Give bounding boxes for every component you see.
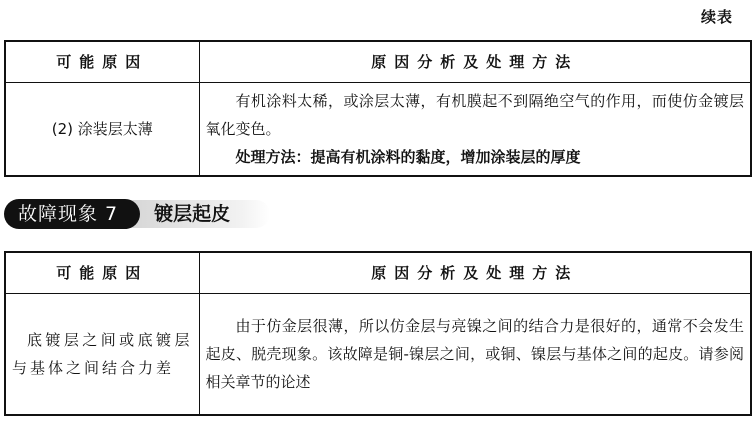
cause-cell: 底镀层之间或底镀层与基体之间结合力差: [5, 294, 199, 416]
fault-table-1: 可能原因 原因分析及处理方法 (2) 涂装层太薄 有机涂料太稀，或涂层太薄，有机…: [4, 40, 752, 177]
analysis-text: 由于仿金层很薄，所以仿金层与亮镍之间的结合力是很好的，通常不会发生起皮、脱壳现象…: [206, 312, 745, 396]
section-heading: 故障现象 7 镀层起皮: [4, 198, 270, 230]
treatment-label: 处理方法：: [236, 148, 311, 166]
fault-number-badge: 故障现象 7: [4, 199, 140, 229]
header-analysis-method: 原因分析及处理方法: [199, 41, 751, 83]
table-row: 底镀层之间或底镀层与基体之间结合力差 由于仿金层很薄，所以仿金层与亮镍之间的结合…: [5, 294, 751, 416]
analysis-text: 有机涂料太稀，或涂层太薄，有机膜起不到隔绝空气的作用，而使仿金镀层氧化变色。: [206, 87, 745, 143]
cause-cell: (2) 涂装层太薄: [5, 83, 199, 177]
header-analysis-method: 原因分析及处理方法: [199, 252, 751, 294]
table-header-row: 可能原因 原因分析及处理方法: [5, 252, 751, 294]
continued-table-label: 续表: [701, 6, 733, 27]
analysis-cell: 由于仿金层很薄，所以仿金层与亮镍之间的结合力是很好的，通常不会发生起皮、脱壳现象…: [199, 294, 751, 416]
table-row: (2) 涂装层太薄 有机涂料太稀，或涂层太薄，有机膜起不到隔绝空气的作用，而使仿…: [5, 83, 751, 177]
table-header-row: 可能原因 原因分析及处理方法: [5, 41, 751, 83]
treatment-paragraph: 处理方法：提高有机涂料的黏度，增加涂装层的厚度: [206, 143, 745, 171]
header-possible-cause: 可能原因: [5, 41, 199, 83]
analysis-cell: 有机涂料太稀，或涂层太薄，有机膜起不到隔绝空气的作用，而使仿金镀层氧化变色。 处…: [199, 83, 751, 177]
treatment-text: 提高有机涂料的黏度，增加涂装层的厚度: [311, 148, 581, 166]
fault-table-2: 可能原因 原因分析及处理方法 底镀层之间或底镀层与基体之间结合力差 由于仿金层很…: [4, 251, 752, 416]
header-possible-cause: 可能原因: [5, 252, 199, 294]
fault-title: 镀层起皮: [128, 200, 270, 228]
cause-text: 底镀层之间或底镀层与基体之间结合力差: [12, 326, 193, 382]
